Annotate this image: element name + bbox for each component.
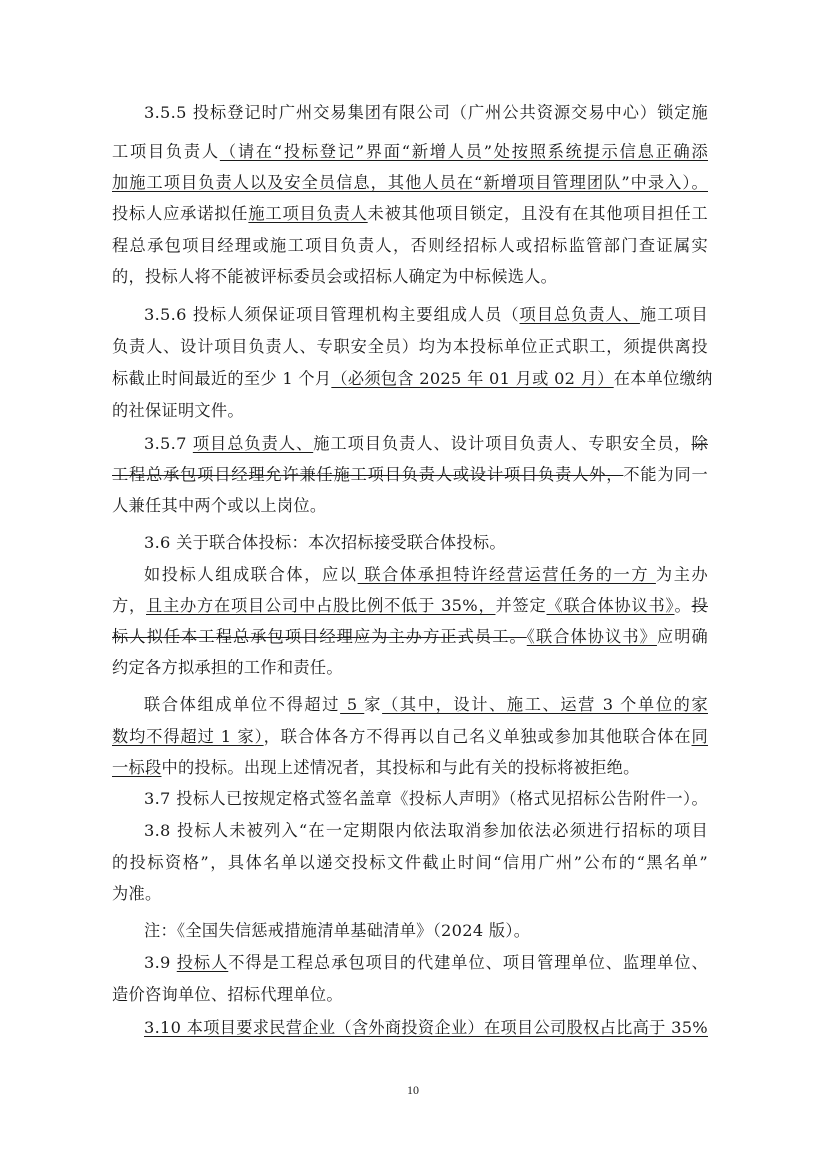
text-line: 3.8 投标人未被列入“在一定期限内依法取消参加依法必须进行招标的项目	[144, 818, 708, 844]
text-line: 工项目负责人（请在“投标登记”界面“新增人员”处按照系统提示信息正确添	[112, 139, 708, 165]
text-segment: 投标人应承诺拟任	[112, 204, 248, 223]
underlined-text: （其中，设计、施工、运营 3 个单位的家	[382, 695, 708, 714]
text-segment: 3.7 投标人已按规定格式签名盖章《投标人声明》（格式见招标公告附件一）。	[144, 789, 708, 808]
text-segment: 在本单位缴纳	[614, 369, 713, 388]
page-number: 10	[0, 1083, 826, 1098]
underlined-text: 3.10 本项目要求民营企业（含外商投资企业）在项目公司股权占比高于 35%	[144, 1018, 708, 1037]
underlined-text: 项目总负责人、	[520, 305, 640, 324]
text-segment: 联合体组成单位不得超过	[144, 695, 340, 714]
underlined-text: 《联合体协议书》	[527, 627, 657, 646]
text-segment: 方，	[112, 596, 146, 615]
text-line: 负责人、设计项目负责人、专职安全员）均为本投标单位正式职工，须提供离投	[112, 334, 708, 360]
text-line: 一标段中的投标。出现上述情况者，其投标和与此有关的投标将被拒绝。	[112, 755, 708, 781]
text-segment: 3.5.7	[144, 434, 193, 453]
underlined-text: （必须包含 2025 年 01 月或 02 月）	[331, 369, 613, 388]
text-line: 的，投标人将不能被评标委员会或招标人确定为中标候选人。	[112, 264, 708, 290]
struck-text: 除	[691, 434, 708, 453]
text-segment: 应明确	[657, 627, 708, 646]
underlined-text: （请在“投标登记”界面“新增人员”处按照系统提示信息正确添	[220, 142, 708, 161]
underlined-text: 数均不得超过 1 家）	[112, 727, 264, 746]
underlined-text: 施工项目负责人	[248, 204, 367, 223]
text-line: 注：《全国失信惩戒措施清单基础清单》（2024 版）。	[144, 918, 708, 944]
text-line: 投标人应承诺拟任施工项目负责人未被其他项目锁定，且没有在其他项目担任工	[112, 201, 708, 227]
text-segment: 3.9	[144, 953, 177, 972]
text-segment: 为主办	[656, 565, 708, 584]
text-line: 3.5.7 项目总负责人、施工项目负责人、设计项目负责人、专职安全员，除	[144, 431, 708, 457]
text-line: 工程总承包项目经理允许兼任施工项目负责人或设计项目负责人外，不能为同一	[112, 462, 708, 488]
struck-text: 标人拟任本工程总承包项目经理应为主办方正式员工。	[112, 627, 527, 646]
text-line: 如投标人组成联合体，应以 联合体承担特许经营运营任务的一方 为主办	[144, 562, 708, 588]
text-segment: 。	[674, 596, 691, 615]
underlined-text: 5	[340, 695, 364, 714]
text-segment: 的投标资格”，具体名单以递交投标文件截止时间“信用广州”公布的“黑名单”	[112, 853, 708, 872]
struck-text: 投	[691, 596, 708, 615]
text-line: 的投标资格”，具体名单以递交投标文件截止时间“信用广州”公布的“黑名单”	[112, 850, 708, 876]
text-segment: 负责人、设计项目负责人、专职安全员）均为本投标单位正式职工，须提供离投	[112, 337, 708, 356]
text-line: 3.7 投标人已按规定格式签名盖章《投标人声明》（格式见招标公告附件一）。	[144, 786, 708, 812]
text-segment: 并签定	[495, 596, 546, 615]
underlined-text: 一标段	[112, 758, 161, 777]
text-line: 加施工项目负责人以及安全员信息，其他人员在“新增项目管理团队”中录入）。	[112, 170, 708, 196]
text-segment: 施工项目负责人、设计项目负责人、专职安全员，	[313, 434, 691, 453]
text-line: 数均不得超过 1 家），联合体各方不得再以自己名义单独或参加其他联合体在同	[112, 724, 708, 750]
text-segment: 3.8 投标人未被列入“在一定期限内依法取消参加依法必须进行招标的项目	[144, 821, 708, 840]
text-segment: 不能为同一	[623, 465, 708, 484]
text-line: 3.5.5 投标登记时广州交易集团有限公司（广州公共资源交易中心）锁定施	[144, 100, 708, 126]
text-segment: 的社保证明文件。	[112, 401, 244, 420]
text-segment: 施工项目	[640, 305, 708, 324]
underlined-text: 联合体承担特许经营运营任务的一方	[358, 565, 656, 584]
text-segment: 注：《全国失信惩戒措施清单基础清单》（2024 版）。	[144, 921, 530, 940]
text-segment: ，联合体各方不得再以自己名义单独或参加其他联合体在	[264, 727, 692, 746]
text-segment: 工项目负责人	[112, 142, 220, 161]
text-segment: 人兼任其中两个或以上岗位。	[112, 496, 326, 515]
text-line: 造价咨询单位、招标代理单位。	[112, 982, 708, 1008]
text-line: 方，且主办方在项目公司中占股比例不低于 35%，并签定《联合体协议书》。投	[112, 593, 708, 619]
text-segment: 3.5.5 投标登记时广州交易集团有限公司（广州公共资源交易中心）锁定施	[144, 103, 708, 122]
text-segment: 的，投标人将不能被评标委员会或招标人确定为中标候选人。	[112, 267, 557, 286]
text-segment: 家	[364, 695, 382, 714]
underlined-text: 《联合体协议书》	[547, 596, 675, 615]
struck-text: 工程总承包项目经理允许兼任施工项目负责人或设计项目负责人外，	[112, 465, 623, 484]
text-segment: 程总承包项目经理或施工项目负责人，否则经招标人或招标监管部门查证属实	[112, 236, 708, 255]
text-segment: 如投标人组成联合体，应以	[144, 565, 358, 584]
text-line: 人兼任其中两个或以上岗位。	[112, 493, 708, 519]
text-line: 3.10 本项目要求民营企业（含外商投资企业）在项目公司股权占比高于 35%	[144, 1015, 708, 1041]
text-line: 的社保证明文件。	[112, 398, 708, 424]
text-line: 标人拟任本工程总承包项目经理应为主办方正式员工。《联合体协议书》应明确	[112, 624, 708, 650]
text-line: 约定各方拟承担的工作和责任。	[112, 655, 708, 681]
document-page: 3.5.5 投标登记时广州交易集团有限公司（广州公共资源交易中心）锁定施工项目负…	[0, 0, 826, 1169]
text-segment: 约定各方拟承担的工作和责任。	[112, 658, 343, 677]
text-segment: 不得是工程总承包项目的代建单位、项目管理单位、监理单位、	[228, 953, 708, 972]
text-segment: 为准。	[112, 884, 161, 903]
text-line: 标截止时间最近的至少 1 个月（必须包含 2025 年 01 月或 02 月）在…	[112, 366, 708, 392]
text-segment: 中的投标。出现上述情况者，其投标和与此有关的投标将被拒绝。	[161, 758, 639, 777]
text-line: 3.6 关于联合体投标：本次招标接受联合体投标。	[144, 530, 708, 556]
text-segment: 未被其他项目锁定，且没有在其他项目担任工	[368, 204, 708, 223]
text-line: 联合体组成单位不得超过 5 家（其中，设计、施工、运营 3 个单位的家	[144, 692, 708, 718]
text-segment: 标截止时间最近的至少 1 个月	[112, 369, 331, 388]
underlined-text: 项目总负责人、	[193, 434, 313, 453]
text-line: 程总承包项目经理或施工项目负责人，否则经招标人或招标监管部门查证属实	[112, 233, 708, 259]
text-line: 3.5.6 投标人须保证项目管理机构主要组成人员（项目总负责人、施工项目	[144, 302, 708, 328]
text-segment: 造价咨询单位、招标代理单位。	[112, 985, 343, 1004]
underlined-text: 投标人	[177, 953, 228, 972]
text-line: 3.9 投标人不得是工程总承包项目的代建单位、项目管理单位、监理单位、	[144, 950, 708, 976]
underlined-text: 加施工项目负责人以及安全员信息，其他人员在“新增项目管理团队”中录入）。	[112, 173, 708, 192]
underlined-text: 同	[692, 727, 709, 746]
text-segment: 3.5.6 投标人须保证项目管理机构主要组成人员（	[144, 305, 520, 324]
text-line: 为准。	[112, 881, 708, 907]
text-segment: 3.6 关于联合体投标：本次招标接受联合体投标。	[144, 533, 506, 552]
underlined-text: 且主办方在项目公司中占股比例不低于 35%，	[146, 596, 495, 615]
